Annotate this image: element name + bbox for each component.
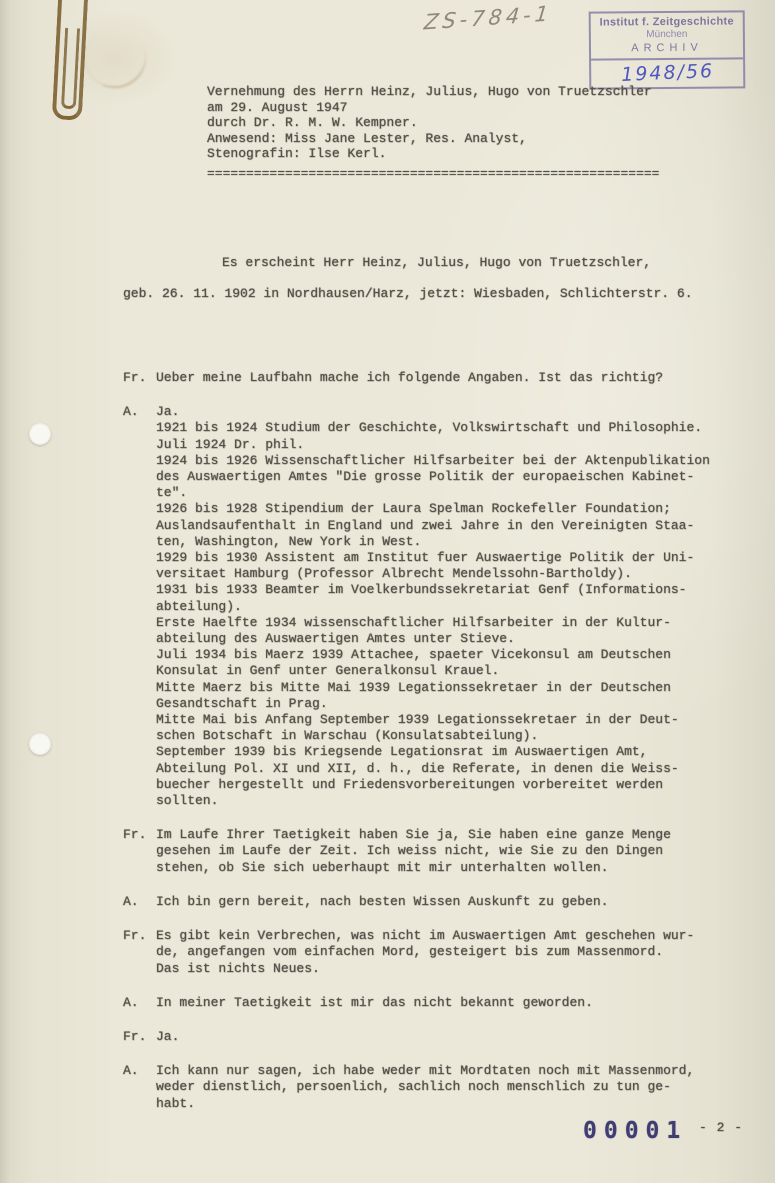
dialogue-text: Im Laufe Ihrer Taetigkeit haben Sie ja, … [156,827,733,843]
dialogue-row: ten, Washington, New York in West. [123,534,733,550]
speaker-label: Fr. [123,1029,156,1045]
speaker-label [123,843,156,859]
dialogue-text: weder dienstlich, persoenlich, sachlich … [156,1079,733,1095]
dialogue-text: habt. [156,1096,733,1112]
dialogue-row: gesehen im Laufe der Zeit. Ich weiss nic… [123,843,733,859]
dialogue-text: Ja. [156,1029,733,1045]
speaker-label [123,501,156,517]
stamp-handwritten-number: 1948/56 [620,60,714,86]
header-line: am 29. August 1947 [207,100,687,116]
dialogue-text: 1926 bis 1928 Stipendium der Laura Spelm… [156,501,733,517]
header-line: Anwesend: Miss Jane Lester, Res. Analyst… [207,131,687,147]
dialogue-text: Juli 1924 Dr. phil. [156,437,733,453]
header-line: Vernehmung des Herrn Heinz, Julius, Hugo… [207,84,687,100]
speaker-label [123,518,156,534]
speaker-label [123,1079,156,1095]
dialogue-row: schen Botschaft in Warschau (Konsulatsab… [123,728,733,744]
dialogue-text: des Auswaertigen Amtes "Die grosse Polit… [156,469,733,485]
dialogue-text: 1921 bis 1924 Studium der Geschichte, Vo… [156,420,733,436]
scanned-document-page: ZS-784-1 Institut f. Zeitgeschichte Münc… [0,0,775,1183]
pencil-archive-code: ZS-784-1 [423,1,554,34]
dialogue-row: 1931 bis 1933 Beamter im Voelkerbundssek… [123,582,733,598]
speaker-label: A. [123,1063,156,1079]
dialogue-row: Abteilung Pol. XI und XII, d. h., die Re… [123,761,733,777]
speaker-label [123,961,156,977]
speaker-label [123,944,156,960]
dialogue-row: 1924 bis 1926 Wissenschaftlicher Hilfsar… [123,453,733,469]
dialogue-text: 1924 bis 1926 Wissenschaftlicher Hilfsar… [156,453,733,469]
dialogue-text: abteilung). [156,599,733,615]
speaker-label [123,696,156,712]
dialogue-row: des Auswaertigen Amtes "Die grosse Polit… [123,469,733,485]
speaker-label [123,615,156,631]
speaker-label [123,582,156,598]
dialogue-row: Fr. Ueber meine Laufbahn mache ich folge… [123,370,733,386]
speaker-label [123,860,156,876]
dialogue-text: abteilung des Auswaertigen Amtes unter S… [156,631,733,647]
dialogue-row: sollten. [123,793,733,809]
dialogue-transcript: Fr. Ueber meine Laufbahn mache ich folge… [123,352,733,1112]
speaker-label: A. [123,404,156,420]
speaker-label: Fr. [123,370,156,386]
header-line: durch Dr. R. M. W. Kempner. [207,115,687,131]
dialogue-text: Das ist nichts Neues. [156,961,733,977]
dialogue-row: versitaet Hamburg (Professor Albrecht Me… [123,566,733,582]
punch-hole-top [29,423,51,445]
speaker-label [123,485,156,501]
dialogue-text: de, angefangen vom einfachen Mord, geste… [156,944,733,960]
dialogue-row: buecher hergestellt und Friedensvorberei… [123,777,733,793]
dialogue-row: weder dienstlich, persoenlich, sachlich … [123,1079,733,1095]
header-separator: ========================================… [207,166,663,182]
speaker-label [123,566,156,582]
speaker-label: A. [123,894,156,910]
speaker-label [123,1096,156,1112]
document-number-stamp: 00001 [583,1118,687,1144]
speaker-label [123,453,156,469]
dialogue-text: Ueber meine Laufbahn mache ich folgende … [156,370,733,386]
rust-stain [74,17,156,99]
dialogue-row: Das ist nichts Neues. [123,961,733,977]
dialogue-row: Konsulat in Genf unter Generalkonsul Kra… [123,663,733,679]
speaker-label [123,728,156,744]
dialogue-row: Erste Haelfte 1934 wissenschaftlicher Hi… [123,615,733,631]
dialogue-text: gesehen im Laufe der Zeit. Ich weiss nic… [156,843,733,859]
dialogue-text: Erste Haelfte 1934 wissenschaftlicher Hi… [156,615,733,631]
dialogue-text: Abteilung Pol. XI und XII, d. h., die Re… [156,761,733,777]
speaker-label [123,534,156,550]
punch-hole-bottom [29,733,51,755]
dialogue-row: Gesandtschaft in Prag. [123,696,733,712]
document-header: Vernehmung des Herrn Heinz, Julius, Hugo… [207,84,687,162]
speaker-label [123,550,156,566]
dialogue-row: Fr. Ja. [123,1029,733,1045]
speaker-label [123,437,156,453]
intro-appearance-line: Es erscheint Herr Heinz, Julius, Hugo vo… [222,255,651,271]
dialogue-text: Konsulat in Genf unter Generalkonsul Kra… [156,663,733,679]
speaker-label [123,469,156,485]
header-line: Stenografin: Ilse Kerl. [207,146,687,162]
dialogue-row: habt. [123,1096,733,1112]
speaker-label: A. [123,995,156,1011]
dialogue-text: Es gibt kein Verbrechen, was nicht im Au… [156,928,733,944]
speaker-label [123,680,156,696]
dialogue-row: Juli 1924 Dr. phil. [123,437,733,453]
dialogue-text: Auslandsaufenthalt in England und zwei J… [156,518,733,534]
dialogue-row: abteilung). [123,599,733,615]
dialogue-text: Mitte Mai bis Anfang September 1939 Lega… [156,712,733,728]
dialogue-row: A. Ich kann nur sagen, ich habe weder mi… [123,1063,733,1079]
typed-page-number: - 2 - [699,1120,743,1136]
dialogue-text: 1931 bis 1933 Beamter im Voelkerbundssek… [156,582,733,598]
dialogue-text: Gesandtschaft in Prag. [156,696,733,712]
dialogue-text: te". [156,485,733,501]
dialogue-row: abteilung des Auswaertigen Amtes unter S… [123,631,733,647]
archive-stamp: Institut f. Zeitgeschichte München ARCHI… [589,10,746,89]
dialogue-row: September 1939 bis Kriegsende Legationsr… [123,744,733,760]
dialogue-row: Juli 1934 bis Maerz 1939 Attachee, spaet… [123,647,733,663]
intro-birth-address-line: geb. 26. 11. 1902 in Nordhausen/Harz, je… [123,286,693,302]
stamp-institute-name: Institut f. Zeitgeschichte [591,15,743,29]
dialogue-text: Juli 1934 bis Maerz 1939 Attachee, spaet… [156,647,733,663]
dialogue-text: ten, Washington, New York in West. [156,534,733,550]
dialogue-text: Ich bin gern bereit, nach besten Wissen … [156,894,733,910]
speaker-label [123,761,156,777]
speaker-label [123,647,156,663]
dialogue-row: Fr. Im Laufe Ihrer Taetigkeit haben Sie … [123,827,733,843]
dialogue-row: A. Ich bin gern bereit, nach besten Wiss… [123,894,733,910]
dialogue-row: Auslandsaufenthalt in England und zwei J… [123,518,733,534]
dialogue-row: de, angefangen vom einfachen Mord, geste… [123,944,733,960]
dialogue-text: Ja. [156,404,733,420]
dialogue-row: Mitte Maerz bis Mitte Mai 1939 Legations… [123,680,733,696]
dialogue-row: Mitte Mai bis Anfang September 1939 Lega… [123,712,733,728]
speaker-label: Fr. [123,928,156,944]
dialogue-row: A. In meiner Taetigkeit ist mir das nich… [123,995,733,1011]
speaker-label [123,663,156,679]
dialogue-text: In meiner Taetigkeit ist mir das nicht b… [156,995,733,1011]
dialogue-row: te". [123,485,733,501]
speaker-label [123,712,156,728]
dialogue-text: buecher hergestellt und Friedensvorberei… [156,777,733,793]
speaker-label [123,777,156,793]
dialogue-text: schen Botschaft in Warschau (Konsulatsab… [156,728,733,744]
dialogue-row: Fr. Es gibt kein Verbrechen, was nicht i… [123,928,733,944]
speaker-label [123,599,156,615]
dialogue-row: A. Ja. [123,404,733,420]
dialogue-text: sollten. [156,793,733,809]
speaker-label [123,631,156,647]
dialogue-row: 1926 bis 1928 Stipendium der Laura Spelm… [123,501,733,517]
speaker-label [123,744,156,760]
dialogue-text: September 1939 bis Kriegsende Legationsr… [156,744,733,760]
speaker-label: Fr. [123,827,156,843]
dialogue-text: Ich kann nur sagen, ich habe weder mit M… [156,1063,733,1079]
speaker-label [123,420,156,436]
dialogue-text: 1929 bis 1930 Assistent am Institut fuer… [156,550,733,566]
stamp-archiv-label: ARCHIV [591,40,743,55]
dialogue-text: stehen, ob Sie sich ueberhaupt mit mir u… [156,860,733,876]
speaker-label [123,793,156,809]
dialogue-text: Mitte Maerz bis Mitte Mai 1939 Legations… [156,680,733,696]
dialogue-row: stehen, ob Sie sich ueberhaupt mit mir u… [123,860,733,876]
dialogue-row: 1929 bis 1930 Assistent am Institut fuer… [123,550,733,566]
dialogue-row: 1921 bis 1924 Studium der Geschichte, Vo… [123,420,733,436]
dialogue-text: versitaet Hamburg (Professor Albrecht Me… [156,566,733,582]
